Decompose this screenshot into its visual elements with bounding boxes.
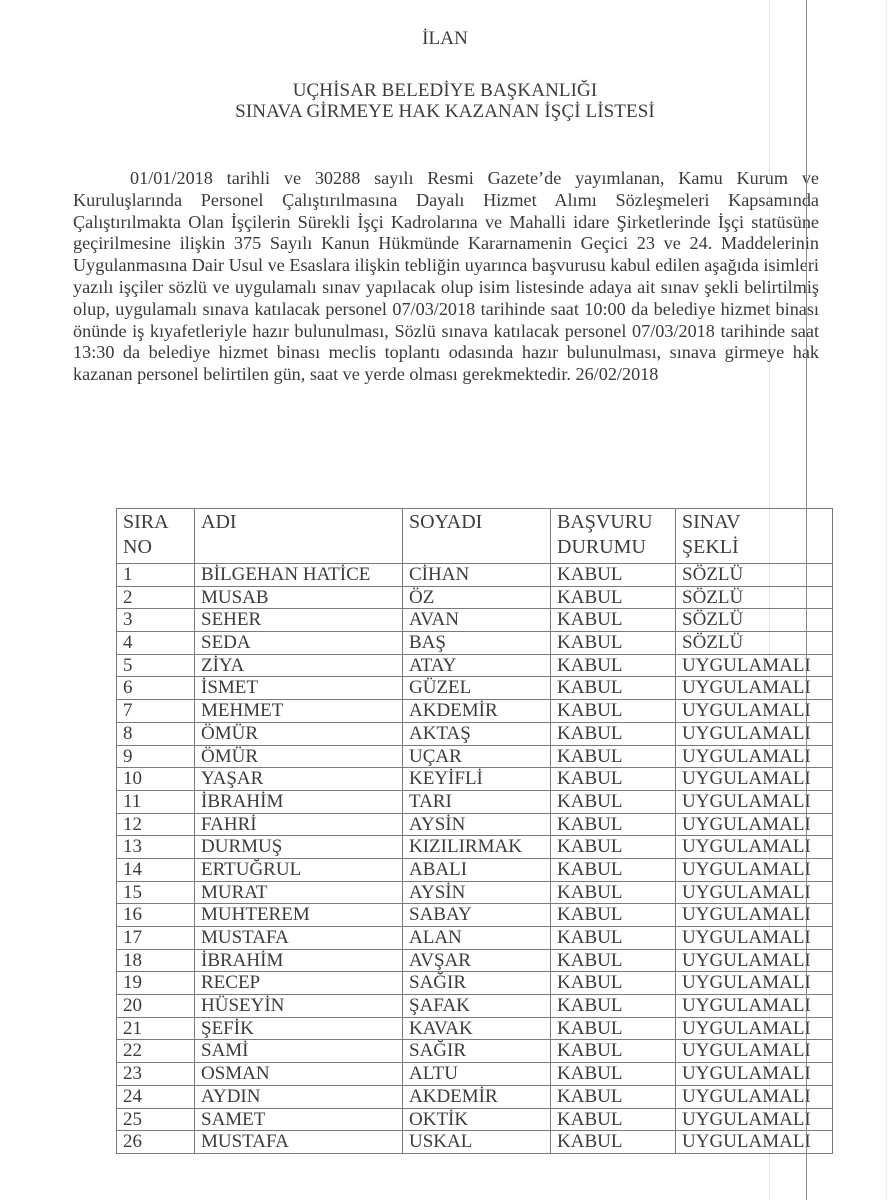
table-row: 6İSMETGÜZELKABULUYGULAMALI bbox=[117, 677, 833, 700]
cell-adi: İBRAHİM bbox=[195, 790, 403, 813]
cell-sinav-sekli: UYGULAMALI bbox=[676, 677, 833, 700]
cell-adi: İSMET bbox=[195, 677, 403, 700]
cell-adi: ÖMÜR bbox=[195, 722, 403, 745]
cell-adi: ŞEFİK bbox=[195, 1017, 403, 1040]
cell-adi: AYDIN bbox=[195, 1085, 403, 1108]
cell-sinav-sekli: UYGULAMALI bbox=[676, 995, 833, 1018]
cell-sira-no: 15 bbox=[117, 881, 195, 904]
cell-sinav-sekli: UYGULAMALI bbox=[676, 1131, 833, 1154]
cell-soyadi: KEYİFLİ bbox=[403, 768, 551, 791]
cell-basvuru-durumu: KABUL bbox=[551, 564, 676, 587]
cell-sira-no: 2 bbox=[117, 586, 195, 609]
table-row: 8ÖMÜRAKTAŞKABULUYGULAMALI bbox=[117, 722, 833, 745]
table-row: 2MUSABÖZKABULSÖZLÜ bbox=[117, 586, 833, 609]
table-row: 11İBRAHİMTARIKABULUYGULAMALI bbox=[117, 790, 833, 813]
cell-adi: DURMUŞ bbox=[195, 836, 403, 859]
cell-basvuru-durumu: KABUL bbox=[551, 836, 676, 859]
cell-sira-no: 19 bbox=[117, 972, 195, 995]
cell-adi: HÜSEYİN bbox=[195, 995, 403, 1018]
cell-basvuru-durumu: KABUL bbox=[551, 586, 676, 609]
cell-sinav-sekli: UYGULAMALI bbox=[676, 949, 833, 972]
cell-sinav-sekli: UYGULAMALI bbox=[676, 1017, 833, 1040]
cell-adi: MUSTAFA bbox=[195, 927, 403, 950]
table-header-row: SIRANOADISOYADIBAŞVURUDURUMUSINAVŞEKLİ bbox=[117, 509, 833, 564]
cell-sira-no: 21 bbox=[117, 1017, 195, 1040]
cell-adi: ÖMÜR bbox=[195, 745, 403, 768]
cell-adi: MURAT bbox=[195, 881, 403, 904]
announcement-heading: İLAN bbox=[0, 28, 890, 50]
cell-basvuru-durumu: KABUL bbox=[551, 927, 676, 950]
cell-sinav-sekli: UYGULAMALI bbox=[676, 1108, 833, 1131]
table-row: 3SEHERAVANKABULSÖZLÜ bbox=[117, 609, 833, 632]
cell-adi: SAMİ bbox=[195, 1040, 403, 1063]
cell-sira-no: 25 bbox=[117, 1108, 195, 1131]
header-basvuru-durumu: BAŞVURUDURUMU bbox=[551, 509, 676, 564]
table-row: 10YAŞARKEYİFLİKABULUYGULAMALI bbox=[117, 768, 833, 791]
cell-basvuru-durumu: KABUL bbox=[551, 995, 676, 1018]
table-row: 12FAHRİAYSİNKABULUYGULAMALI bbox=[117, 813, 833, 836]
cell-sinav-sekli: SÖZLÜ bbox=[676, 632, 833, 655]
cell-basvuru-durumu: KABUL bbox=[551, 700, 676, 723]
cell-sinav-sekli: UYGULAMALI bbox=[676, 654, 833, 677]
header-sira-no: SIRANO bbox=[117, 509, 195, 564]
cell-soyadi: ALAN bbox=[403, 927, 551, 950]
cell-soyadi: SAĞIR bbox=[403, 972, 551, 995]
table-row: 22SAMİSAĞIRKABULUYGULAMALI bbox=[117, 1040, 833, 1063]
cell-sinav-sekli: SÖZLÜ bbox=[676, 564, 833, 587]
cell-adi: FAHRİ bbox=[195, 813, 403, 836]
table-row: 9ÖMÜRUÇARKABULUYGULAMALI bbox=[117, 745, 833, 768]
table-row: 15MURATAYSİNKABULUYGULAMALI bbox=[117, 881, 833, 904]
cell-soyadi: SAĞIR bbox=[403, 1040, 551, 1063]
cell-sinav-sekli: UYGULAMALI bbox=[676, 972, 833, 995]
cell-sira-no: 26 bbox=[117, 1131, 195, 1154]
cell-soyadi: BAŞ bbox=[403, 632, 551, 655]
cell-sira-no: 1 bbox=[117, 564, 195, 587]
cell-soyadi: ÖZ bbox=[403, 586, 551, 609]
table-row: 1BİLGEHAN HATİCECİHANKABULSÖZLÜ bbox=[117, 564, 833, 587]
cell-sinav-sekli: UYGULAMALI bbox=[676, 813, 833, 836]
cell-soyadi: UÇAR bbox=[403, 745, 551, 768]
cell-basvuru-durumu: KABUL bbox=[551, 1108, 676, 1131]
cell-adi: MEHMET bbox=[195, 700, 403, 723]
cell-soyadi: AYSİN bbox=[403, 881, 551, 904]
cell-sira-no: 8 bbox=[117, 722, 195, 745]
cell-sinav-sekli: UYGULAMALI bbox=[676, 722, 833, 745]
cell-soyadi: AVŞAR bbox=[403, 949, 551, 972]
cell-basvuru-durumu: KABUL bbox=[551, 1131, 676, 1154]
table-row: 24AYDINAKDEMİRKABULUYGULAMALI bbox=[117, 1085, 833, 1108]
cell-sinav-sekli: UYGULAMALI bbox=[676, 700, 833, 723]
cell-sira-no: 11 bbox=[117, 790, 195, 813]
announcement-body: 01/01/2018 tarihli ve 30288 sayılı Resmi… bbox=[73, 168, 819, 386]
cell-sinav-sekli: UYGULAMALI bbox=[676, 836, 833, 859]
cell-adi: ERTUĞRUL bbox=[195, 858, 403, 881]
table-row: 13DURMUŞKIZILIRMAKKABULUYGULAMALI bbox=[117, 836, 833, 859]
header-line: SOYADI bbox=[409, 510, 550, 535]
cell-basvuru-durumu: KABUL bbox=[551, 1017, 676, 1040]
cell-sira-no: 6 bbox=[117, 677, 195, 700]
cell-soyadi: AKTAŞ bbox=[403, 722, 551, 745]
cell-sira-no: 14 bbox=[117, 858, 195, 881]
cell-sinav-sekli: UYGULAMALI bbox=[676, 768, 833, 791]
header-line: ADI bbox=[201, 510, 402, 535]
cell-adi: RECEP bbox=[195, 972, 403, 995]
cell-adi: SEDA bbox=[195, 632, 403, 655]
cell-basvuru-durumu: KABUL bbox=[551, 881, 676, 904]
cell-adi: MUSAB bbox=[195, 586, 403, 609]
cell-adi: İBRAHİM bbox=[195, 949, 403, 972]
cell-adi: MUHTEREM bbox=[195, 904, 403, 927]
cell-soyadi: GÜZEL bbox=[403, 677, 551, 700]
cell-sinav-sekli: UYGULAMALI bbox=[676, 881, 833, 904]
table-row: 18İBRAHİMAVŞARKABULUYGULAMALI bbox=[117, 949, 833, 972]
cell-basvuru-durumu: KABUL bbox=[551, 1040, 676, 1063]
cell-basvuru-durumu: KABUL bbox=[551, 768, 676, 791]
cell-sinav-sekli: UYGULAMALI bbox=[676, 745, 833, 768]
cell-basvuru-durumu: KABUL bbox=[551, 813, 676, 836]
cell-sira-no: 5 bbox=[117, 654, 195, 677]
cell-sinav-sekli: UYGULAMALI bbox=[676, 790, 833, 813]
cell-sira-no: 9 bbox=[117, 745, 195, 768]
cell-sira-no: 3 bbox=[117, 609, 195, 632]
cell-soyadi: ALTU bbox=[403, 1063, 551, 1086]
table-row: 19RECEPSAĞIRKABULUYGULAMALI bbox=[117, 972, 833, 995]
cell-sira-no: 12 bbox=[117, 813, 195, 836]
table-row: 5ZİYAATAYKABULUYGULAMALI bbox=[117, 654, 833, 677]
cell-soyadi: TARI bbox=[403, 790, 551, 813]
cell-sira-no: 7 bbox=[117, 700, 195, 723]
cell-soyadi: SABAY bbox=[403, 904, 551, 927]
table-row: 25SAMETOKTİKKABULUYGULAMALI bbox=[117, 1108, 833, 1131]
cell-soyadi: KAVAK bbox=[403, 1017, 551, 1040]
cell-sinav-sekli: UYGULAMALI bbox=[676, 1040, 833, 1063]
cell-sira-no: 17 bbox=[117, 927, 195, 950]
cell-adi: MUSTAFA bbox=[195, 1131, 403, 1154]
cell-sira-no: 10 bbox=[117, 768, 195, 791]
cell-soyadi: CİHAN bbox=[403, 564, 551, 587]
header-line: ŞEKLİ bbox=[682, 535, 832, 560]
cell-sinav-sekli: UYGULAMALI bbox=[676, 858, 833, 881]
header-adi: ADI bbox=[195, 509, 403, 564]
cell-sira-no: 18 bbox=[117, 949, 195, 972]
cell-sira-no: 13 bbox=[117, 836, 195, 859]
cell-sinav-sekli: UYGULAMALI bbox=[676, 904, 833, 927]
cell-soyadi: AYSİN bbox=[403, 813, 551, 836]
scan-artifact-line bbox=[806, 0, 807, 1200]
cell-basvuru-durumu: KABUL bbox=[551, 972, 676, 995]
table-row: 20HÜSEYİNŞAFAKKABULUYGULAMALI bbox=[117, 995, 833, 1018]
cell-sinav-sekli: UYGULAMALI bbox=[676, 1063, 833, 1086]
table-row: 14ERTUĞRULABALIKABULUYGULAMALI bbox=[117, 858, 833, 881]
cell-soyadi: ABALI bbox=[403, 858, 551, 881]
cell-adi: ZİYA bbox=[195, 654, 403, 677]
table-row: 16MUHTEREMSABAYKABULUYGULAMALI bbox=[117, 904, 833, 927]
table-row: 17MUSTAFAALANKABULUYGULAMALI bbox=[117, 927, 833, 950]
cell-soyadi: KIZILIRMAK bbox=[403, 836, 551, 859]
cell-basvuru-durumu: KABUL bbox=[551, 677, 676, 700]
cell-soyadi: ATAY bbox=[403, 654, 551, 677]
list-title: SINAVA GİRMEYE HAK KAZANAN İŞÇİ LİSTESİ bbox=[0, 101, 890, 123]
header-line: NO bbox=[123, 535, 194, 560]
cell-soyadi: AKDEMİR bbox=[403, 1085, 551, 1108]
header-line: DURUMU bbox=[557, 535, 675, 560]
cell-soyadi: OKTİK bbox=[403, 1108, 551, 1131]
institution-title: UÇHİSAR BELEDİYE BAŞKANLIĞI bbox=[0, 80, 890, 102]
table-row: 23OSMANALTUKABULUYGULAMALI bbox=[117, 1063, 833, 1086]
cell-adi: BİLGEHAN HATİCE bbox=[195, 564, 403, 587]
cell-basvuru-durumu: KABUL bbox=[551, 904, 676, 927]
header-line: BAŞVURU bbox=[557, 510, 675, 535]
cell-soyadi: USKAL bbox=[403, 1131, 551, 1154]
cell-sira-no: 24 bbox=[117, 1085, 195, 1108]
cell-sira-no: 4 bbox=[117, 632, 195, 655]
header-line: SIRA bbox=[123, 510, 194, 535]
cell-adi: SEHER bbox=[195, 609, 403, 632]
cell-sira-no: 20 bbox=[117, 995, 195, 1018]
table-row: 26MUSTAFAUSKALKABULUYGULAMALI bbox=[117, 1131, 833, 1154]
cell-sinav-sekli: UYGULAMALI bbox=[676, 927, 833, 950]
table-row: 4SEDABAŞKABULSÖZLÜ bbox=[117, 632, 833, 655]
cell-basvuru-durumu: KABUL bbox=[551, 1063, 676, 1086]
cell-basvuru-durumu: KABUL bbox=[551, 858, 676, 881]
table-row: 21ŞEFİKKAVAKKABULUYGULAMALI bbox=[117, 1017, 833, 1040]
cell-adi: YAŞAR bbox=[195, 768, 403, 791]
cell-basvuru-durumu: KABUL bbox=[551, 790, 676, 813]
header-soyadi: SOYADI bbox=[403, 509, 551, 564]
header-sinav-sekli: SINAVŞEKLİ bbox=[676, 509, 833, 564]
candidate-table: SIRANOADISOYADIBAŞVURUDURUMUSINAVŞEKLİ 1… bbox=[116, 508, 833, 1154]
cell-basvuru-durumu: KABUL bbox=[551, 722, 676, 745]
cell-basvuru-durumu: KABUL bbox=[551, 632, 676, 655]
cell-sinav-sekli: SÖZLÜ bbox=[676, 586, 833, 609]
header-line: SINAV bbox=[682, 510, 832, 535]
table-row: 7MEHMETAKDEMİRKABULUYGULAMALI bbox=[117, 700, 833, 723]
cell-sira-no: 16 bbox=[117, 904, 195, 927]
cell-basvuru-durumu: KABUL bbox=[551, 654, 676, 677]
cell-sira-no: 23 bbox=[117, 1063, 195, 1086]
cell-soyadi: AVAN bbox=[403, 609, 551, 632]
cell-basvuru-durumu: KABUL bbox=[551, 609, 676, 632]
cell-basvuru-durumu: KABUL bbox=[551, 1085, 676, 1108]
cell-basvuru-durumu: KABUL bbox=[551, 949, 676, 972]
cell-adi: OSMAN bbox=[195, 1063, 403, 1086]
cell-sinav-sekli: UYGULAMALI bbox=[676, 1085, 833, 1108]
scan-artifact-line-edge bbox=[886, 0, 887, 1200]
cell-soyadi: ŞAFAK bbox=[403, 995, 551, 1018]
cell-soyadi: AKDEMİR bbox=[403, 700, 551, 723]
cell-sinav-sekli: SÖZLÜ bbox=[676, 609, 833, 632]
cell-basvuru-durumu: KABUL bbox=[551, 745, 676, 768]
cell-adi: SAMET bbox=[195, 1108, 403, 1131]
cell-sira-no: 22 bbox=[117, 1040, 195, 1063]
